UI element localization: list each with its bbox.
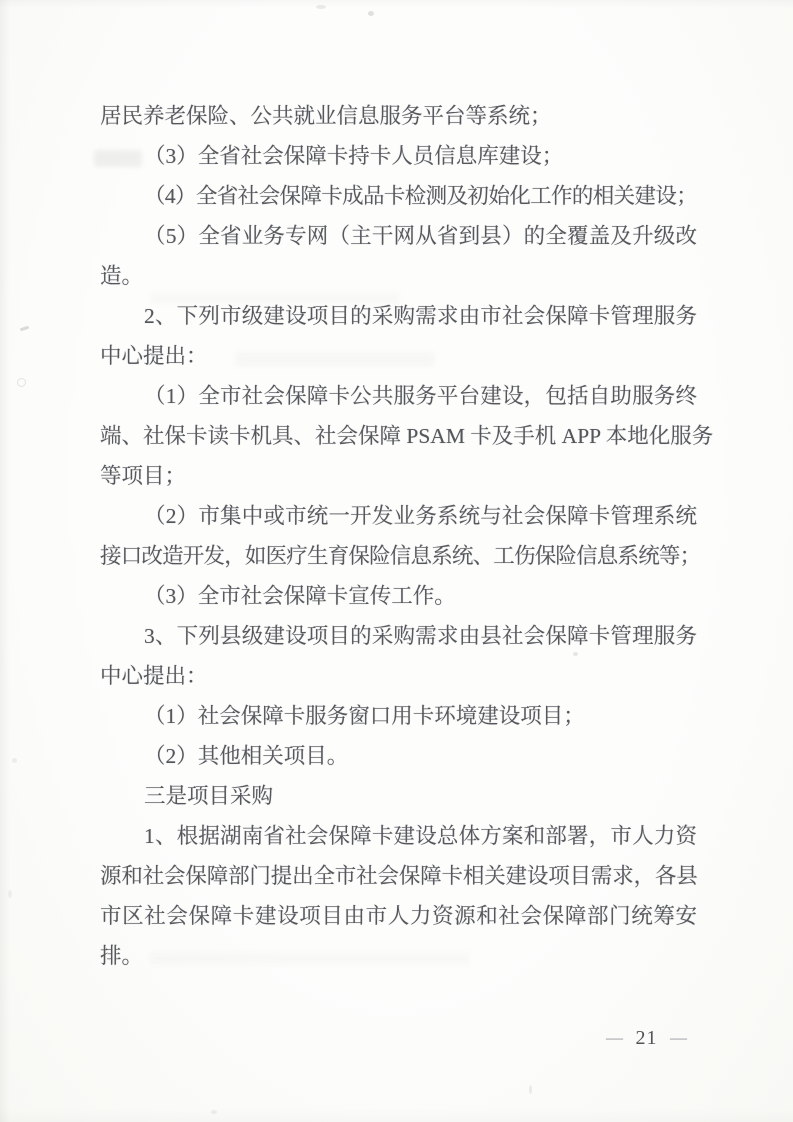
- text-line: 等项目；: [100, 456, 697, 496]
- scan-artifact: [316, 5, 326, 9]
- document-body: 居民养老保险、公共就业信息服务平台等系统；（3）全省社会保障卡持卡人员信息库建设…: [100, 96, 697, 976]
- scan-artifact: [529, 1085, 532, 1094]
- scan-artifact: [20, 326, 29, 332]
- text-line: 市区社会保障卡建设项目由市人力资源和社会保障部门统筹安: [100, 896, 697, 936]
- text-line: 源和社会保障部门提出全市社会保障卡相关建设项目需求，各县: [100, 856, 697, 896]
- footer-dash-right: —: [670, 1029, 687, 1046]
- text-line: 端、社保卡读卡机具、社会保障 PSAM 卡及手机 APP 本地化服务: [100, 416, 697, 456]
- text-line: 造。: [100, 256, 697, 296]
- text-line: 排。: [100, 936, 697, 976]
- page-footer: — 21 —: [606, 1026, 687, 1050]
- scan-artifact: [211, 1110, 217, 1114]
- text-line: 2、下列市级建设项目的采购需求由市社会保障卡管理服务: [100, 296, 697, 336]
- text-line: 1、根据湖南省社会保障卡建设总体方案和部署，市人力资: [100, 816, 697, 856]
- scan-artifact: [12, 758, 17, 763]
- text-line: （1）全市社会保障卡公共服务平台建设，包括自助服务终: [100, 376, 697, 416]
- document-page: 居民养老保险、公共就业信息服务平台等系统；（3）全省社会保障卡持卡人员信息库建设…: [0, 0, 793, 1122]
- text-line: （2）其他相关项目。: [100, 736, 697, 776]
- text-line: 3、下列县级建设项目的采购需求由县社会保障卡管理服务: [100, 616, 697, 656]
- page-number: 21: [636, 1028, 658, 1048]
- text-line: 居民养老保险、公共就业信息服务平台等系统；: [100, 96, 697, 136]
- text-line: （2）市集中或市统一开发业务系统与社会保障卡管理系统: [100, 496, 697, 536]
- text-line: 中心提出：: [100, 336, 697, 376]
- scan-artifact: [8, 890, 12, 898]
- scan-artifact: [17, 378, 26, 387]
- footer-dash-left: —: [606, 1029, 623, 1046]
- text-line: （3）全省社会保障卡持卡人员信息库建设；: [100, 136, 697, 176]
- text-line: 三是项目采购: [100, 776, 697, 816]
- text-line: （3）全市社会保障卡宣传工作。: [100, 576, 697, 616]
- text-line: （4）全省社会保障卡成品卡检测及初始化工作的相关建设；: [100, 176, 697, 216]
- text-line: 接口改造开发，如医疗生育保险信息系统、工伤保险信息系统等；: [100, 536, 697, 576]
- scan-artifact: [368, 11, 374, 16]
- text-line: （1）社会保障卡服务窗口用卡环境建设项目；: [100, 696, 697, 736]
- text-line: 中心提出：: [100, 656, 697, 696]
- text-line: （5）全省业务专网（主干网从省到县）的全覆盖及升级改: [100, 216, 697, 256]
